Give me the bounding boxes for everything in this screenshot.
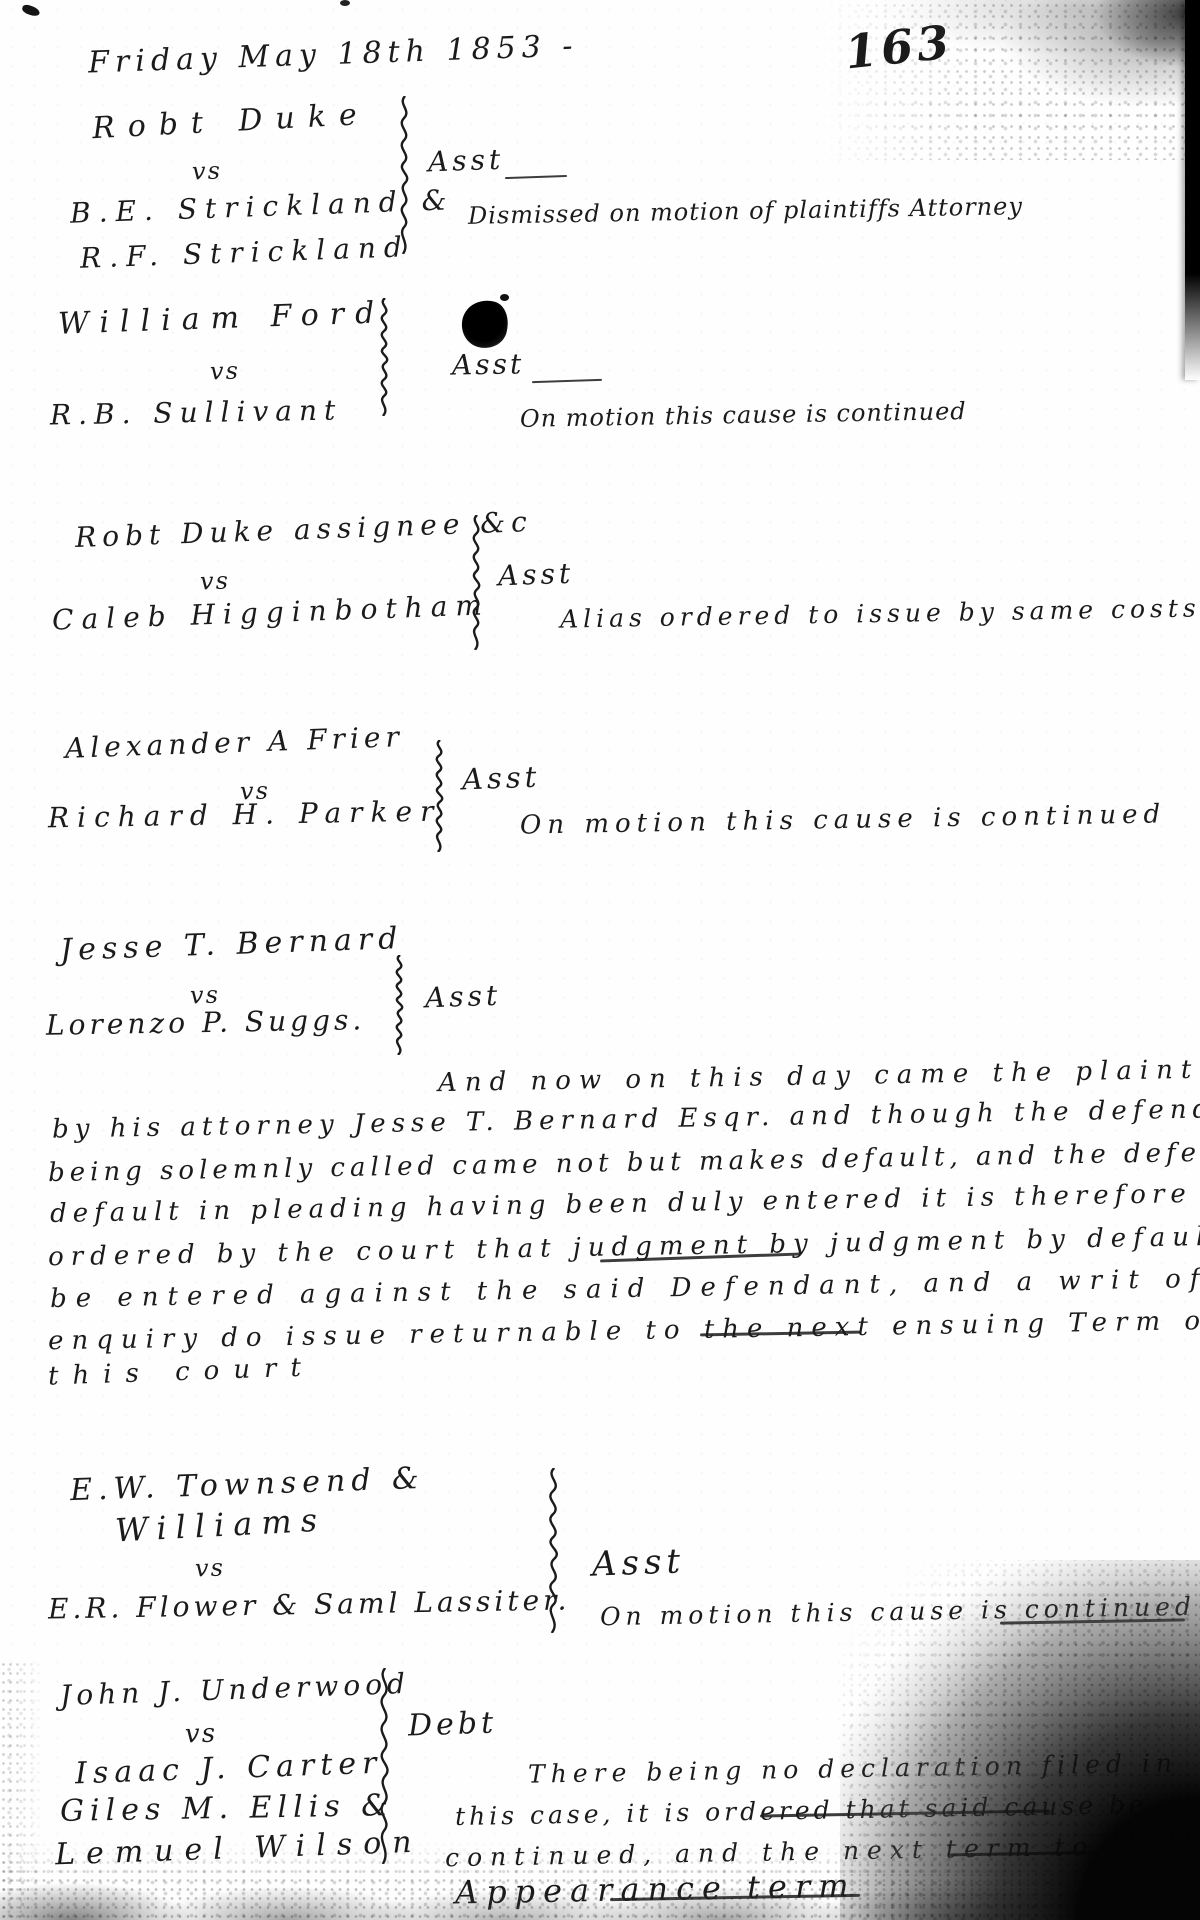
case-5-order-line-5: ordered by the court that judgment by ju… xyxy=(48,1223,1200,1272)
case-6-versus: vs xyxy=(195,1554,226,1581)
case-5-order-line-7: enquiry do issue returnable to the next … xyxy=(48,1307,1200,1356)
case-6-defendant-line-1: E.R. Flower & Saml Lassiter. xyxy=(48,1585,571,1625)
pen-stroke xyxy=(532,379,602,383)
case-3-versus: vs xyxy=(200,567,231,594)
case-7-plaintiff: John J. Underwood xyxy=(60,1669,411,1712)
case-4-brace xyxy=(428,740,450,852)
case-2-versus: vs xyxy=(210,357,241,384)
case-5-brace xyxy=(388,955,410,1055)
case-7-versus: vs xyxy=(185,1719,218,1749)
case-7-defendant-line-3: Lemuel Wilson xyxy=(55,1826,424,1872)
case-7-action-type: Debt xyxy=(407,1706,497,1742)
case-1-plaintiff: Robt Duke xyxy=(91,98,370,145)
case-6-plaintiff-line-2: Williams xyxy=(114,1502,327,1548)
case-5-order-line-1: And now on this day came the plaintiff xyxy=(438,1055,1200,1098)
case-4-action-type: Asst xyxy=(461,762,540,797)
case-6-plaintiff-line-1: E.W. Townsend & xyxy=(70,1462,426,1507)
case-5-order-line-2: by his attorney Jesse T. Bernard Esqr. a… xyxy=(52,1094,1200,1144)
scan-edge-right-strip xyxy=(1185,0,1200,380)
case-6-brace xyxy=(540,1468,566,1633)
case-7-ruling-line-1: There being no declaration filed in xyxy=(528,1749,1178,1788)
case-2-action-type: Asst xyxy=(452,349,525,381)
case-5-versus: vs xyxy=(190,981,221,1008)
case-5-action-type: Asst xyxy=(424,981,501,1014)
case-3-ruling: Alias ordered to issue by same costs xyxy=(560,594,1200,633)
case-1-ruling: Dismissed on motion of plaintiffs Attorn… xyxy=(468,193,1023,229)
ink-blot-speck xyxy=(500,294,509,301)
case-7-defendant-line-2: Giles M. Ellis & xyxy=(60,1789,394,1828)
case-6-ruling: On motion this cause is continued xyxy=(600,1593,1196,1631)
case-7-brace xyxy=(372,1668,396,1864)
case-5-plaintiff: Jesse T. Bernard xyxy=(60,922,404,967)
case-1-brace xyxy=(393,96,415,254)
document-page: Friday May 18th 1853 - 163 Robt Duke vs … xyxy=(0,0,1200,1920)
page-number: 163 xyxy=(843,16,956,78)
case-3-brace xyxy=(465,515,487,650)
pen-stroke xyxy=(505,175,567,179)
ink-blot xyxy=(457,295,514,353)
case-1-action-type: Asst xyxy=(427,145,504,178)
case-6-action-type: Asst xyxy=(591,1543,685,1584)
case-2-brace xyxy=(373,298,395,416)
case-2-ruling: On motion this cause is continued xyxy=(520,398,967,432)
case-4-plaintiff: Alexander A Frier xyxy=(65,722,405,765)
case-4-ruling: On motion this cause is continued xyxy=(520,800,1167,840)
case-1-versus: vs xyxy=(192,157,223,184)
case-2-defendant-line-1: R.B. Sullivant xyxy=(50,395,343,431)
case-7-ruling-line-4: Appearance term xyxy=(455,1868,857,1910)
case-5-order-line-8: this court xyxy=(48,1353,316,1391)
scan-noise-bottom-left xyxy=(0,1660,45,1920)
case-4-defendant-line-1: Richard H. Parker xyxy=(48,797,442,835)
case-2-plaintiff: William Ford xyxy=(58,296,386,340)
case-7-defendant-line-1: Isaac J. Carter xyxy=(75,1747,383,1791)
case-3-defendant-line-1: Caleb Higginbotham xyxy=(52,590,491,636)
case-5-order-line-4: default in pleading having been duly ent… xyxy=(50,1180,1192,1229)
case-3-action-type: Asst xyxy=(497,559,574,592)
case-1-defendant-line-2: R.F. Strickland xyxy=(80,232,411,274)
case-5-order-line-6: be entered against the said Defendant, a… xyxy=(50,1265,1200,1314)
case-5-defendant-line-1: Lorenzo P. Suggs. xyxy=(46,1005,366,1041)
scan-speck xyxy=(340,0,350,6)
scan-speck xyxy=(21,3,41,17)
case-5-order-line-3: being solemnly called came not but makes… xyxy=(48,1137,1200,1188)
date-heading: Friday May 18th 1853 - xyxy=(88,29,579,79)
